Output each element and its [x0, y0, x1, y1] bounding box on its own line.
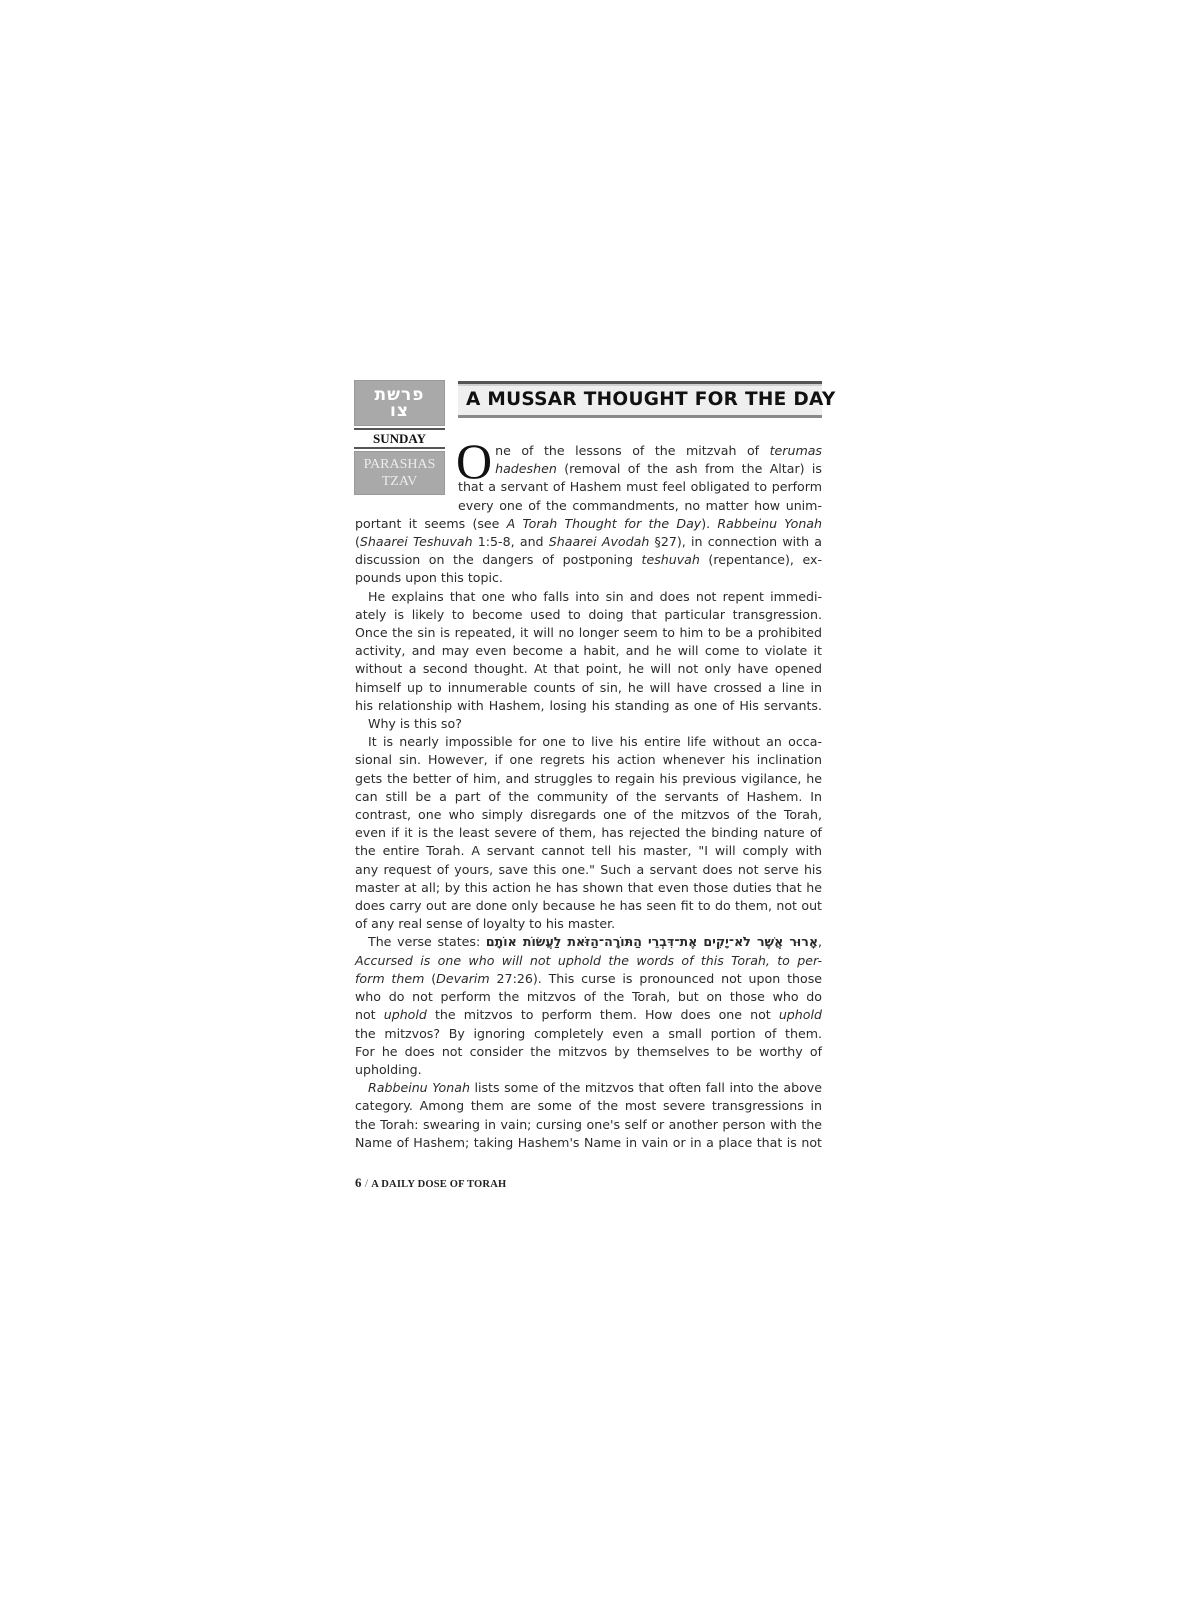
section-title: A MUSSAR THOUGHT FOR THE DAY [466, 389, 836, 410]
footer-separator: / [365, 1176, 369, 1190]
paragraph-5: The verse states: אָרוּר אֲשֶׁר לֹא־יָקִ… [355, 933, 822, 1079]
page-number: 6 [355, 1175, 362, 1190]
lead-paragraph: O ne of the lessons of the mitzvah of te… [458, 442, 822, 515]
article-body: O ne of the lessons of the mitzvah of te… [355, 442, 822, 1152]
paragraph-6: Rabbeinu Yonah lists some of the mitzvos… [355, 1079, 822, 1152]
drop-cap: O [456, 442, 492, 478]
paragraph-1-continued: portant it seems (see A Torah Thought fo… [355, 515, 822, 588]
parasha-hebrew-line2: צו [390, 403, 409, 419]
paragraph-3: Why is this so? [355, 715, 822, 733]
paragraph-2: He explains that one who falls into sin … [355, 588, 822, 715]
hebrew-verse: אָרוּר אֲשֶׁר לֹא־יָקִים אֶת־דִּבְרֵי הַ… [486, 934, 818, 949]
parasha-hebrew-box: פרשת צו [354, 380, 445, 426]
paragraph-4: It is nearly impossible for one to live … [355, 733, 822, 933]
book-title: A DAILY DOSE OF TORAH [371, 1179, 506, 1190]
page-footer: 6/A DAILY DOSE OF TORAH [355, 1175, 506, 1191]
section-header: A MUSSAR THOUGHT FOR THE DAY [458, 381, 822, 418]
